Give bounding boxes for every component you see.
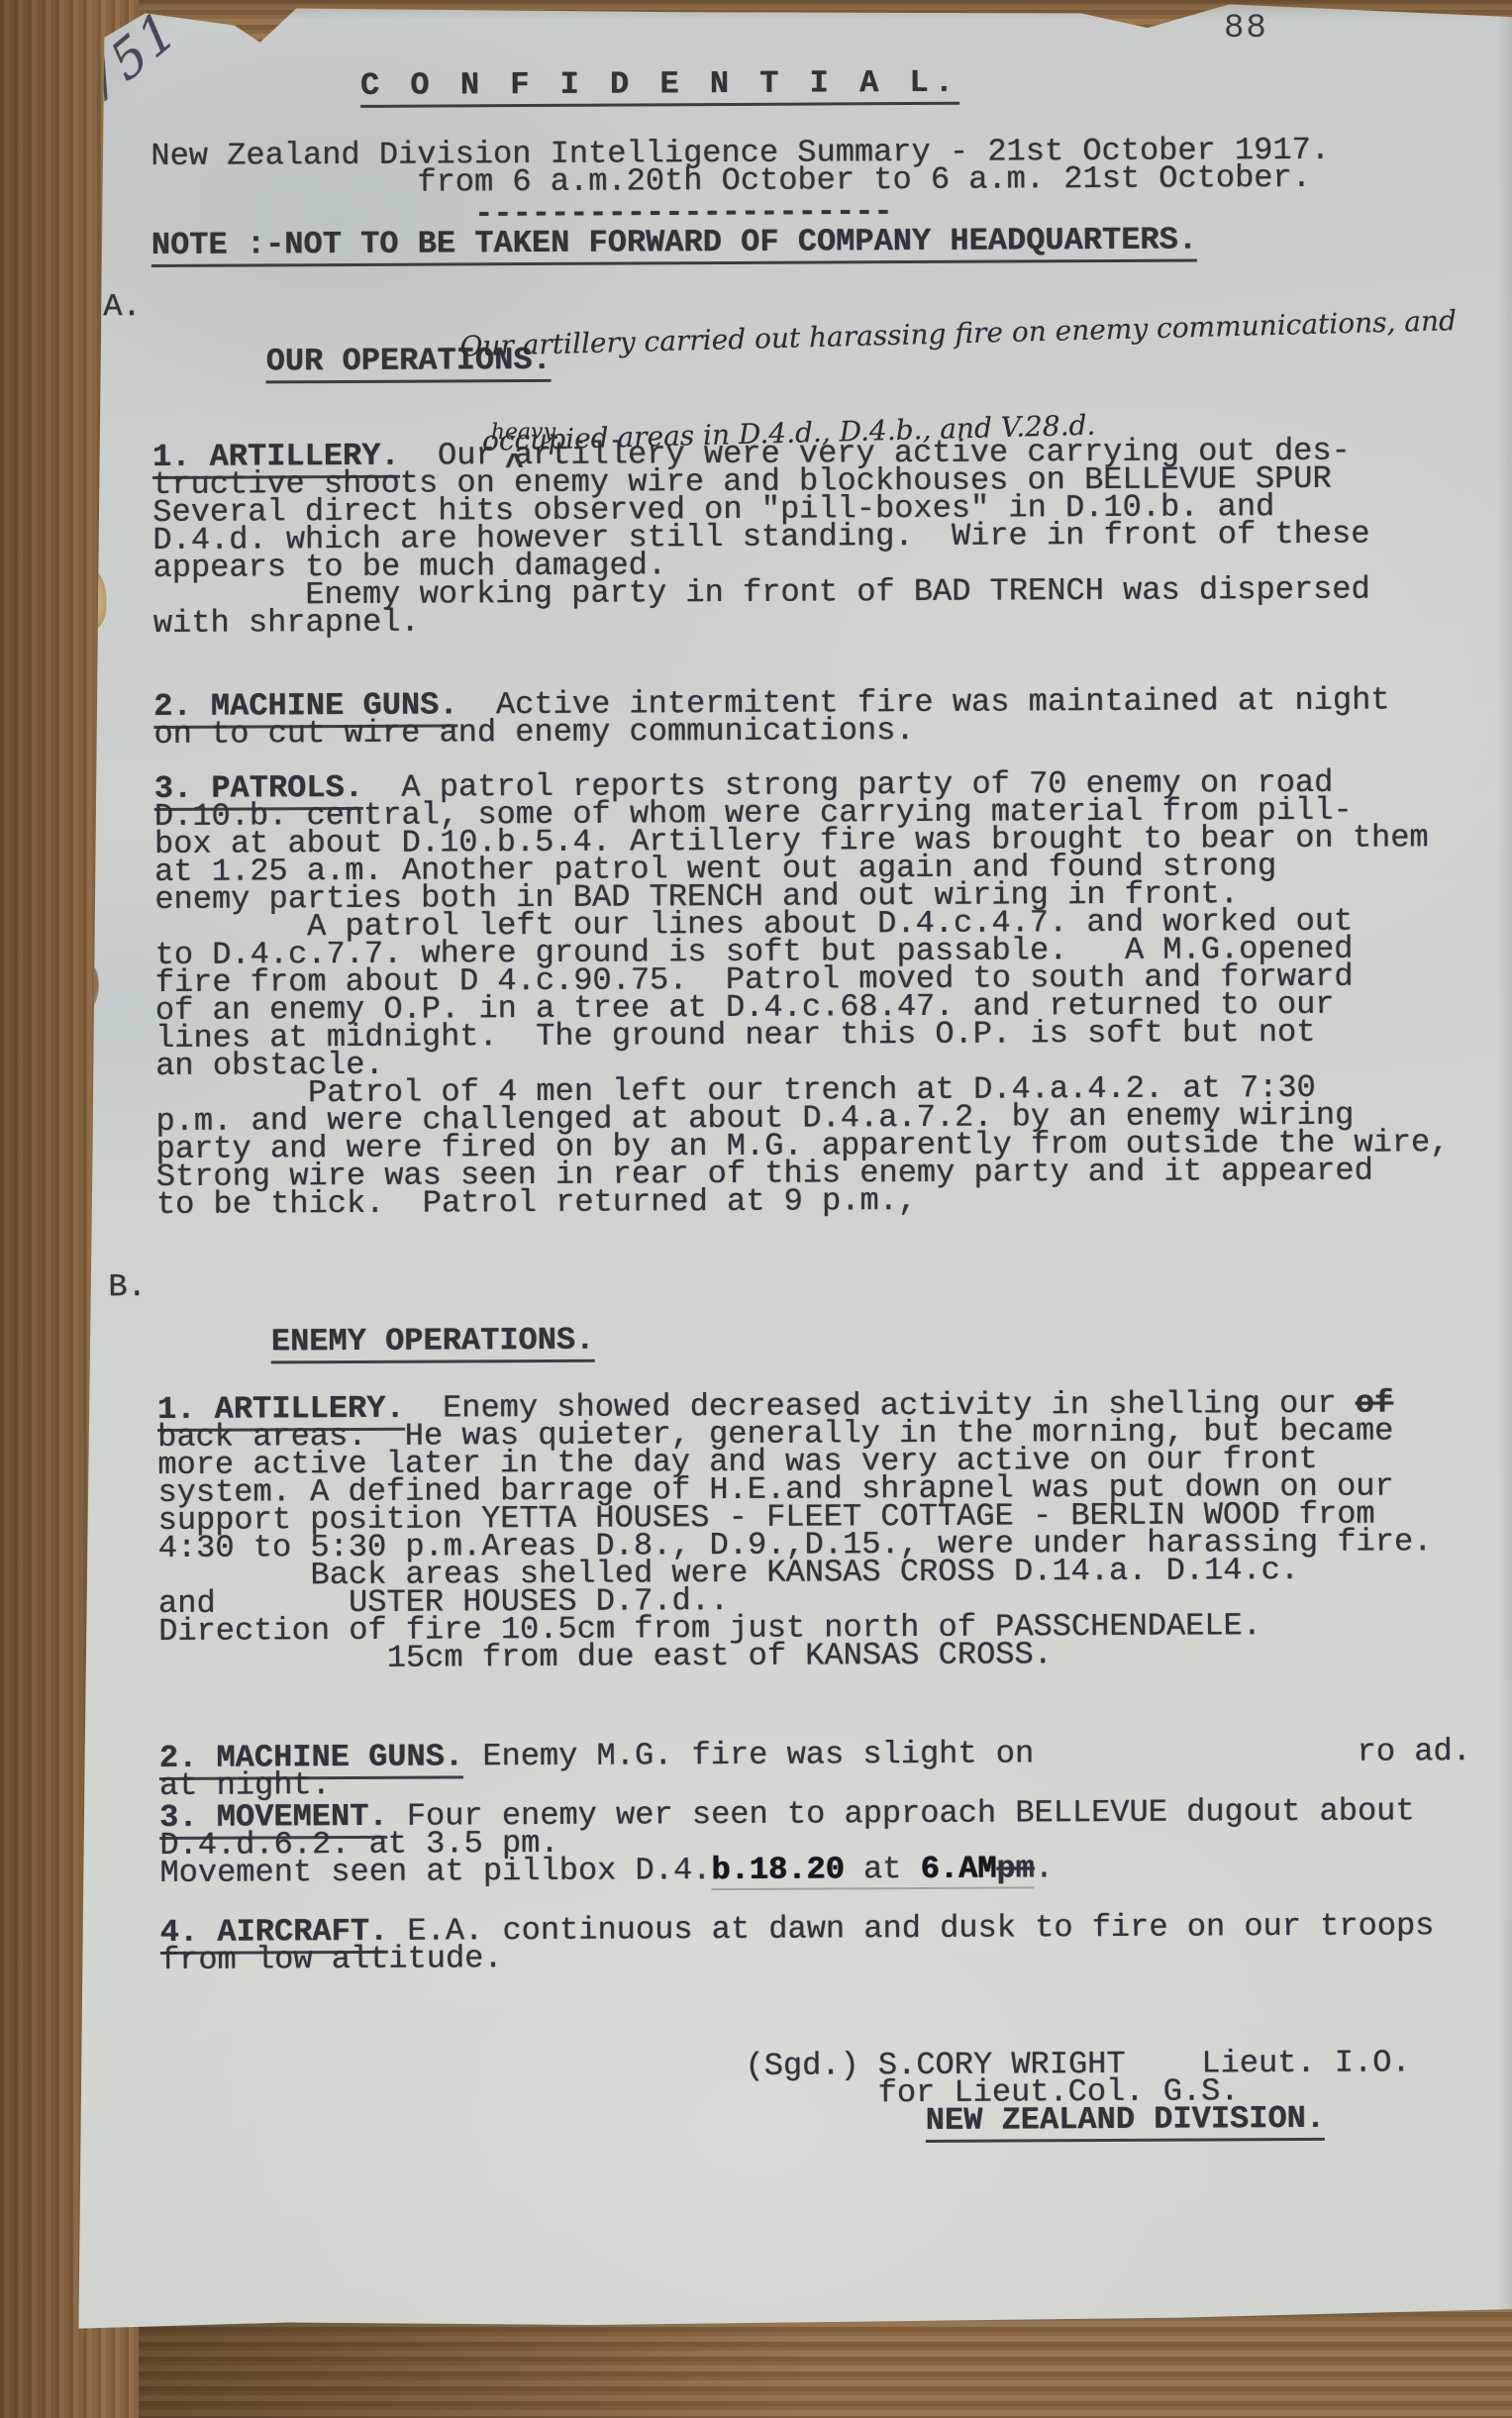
- section-b-movement: 3. MOVEMENT. Four enemy wer seen to appr…: [159, 1797, 1512, 1887]
- pillbox-corrected: b.18.20 at 6.AMpm: [711, 1850, 1035, 1890]
- a2-body: on to cut wire and enemy communications.: [153, 714, 1512, 749]
- overwritten-map-ref: b.18.20: [711, 1851, 845, 1888]
- annotation-line: occupied areas in D.4.d., D.4.b., and V.…: [462, 396, 1512, 457]
- signature-block: (Sgd.) S.CORY WRIGHT Lieut. I.O. for Lie…: [745, 2049, 1512, 2136]
- section-b-label: B.: [108, 1273, 147, 1301]
- b2-first-text: Enemy M.G. fire was slight on ro ad.: [463, 1733, 1471, 1774]
- overwritten-time: 6.AM: [920, 1851, 996, 1887]
- handwritten-insert-heavy: heavy.: [491, 419, 559, 447]
- document-page: 751 88 C O N F I D E N T I A L. New Zeal…: [0, 0, 1512, 2418]
- caret-mark: ^: [505, 453, 524, 481]
- typed-line: on to cut wire and enemy communications.: [153, 714, 1512, 749]
- typed-text-column: C O N F I D E N T I A L. New Zealand Div…: [0, 0, 1512, 2140]
- section-b-artillery: 1. ARTILLERY. Enemy showed decreased act…: [157, 1389, 1512, 1673]
- handwritten-annotation: Our artillery carried out harassing fire…: [457, 238, 1512, 521]
- division-name: NEW ZEALAND DIVISION.: [926, 2100, 1325, 2143]
- pillbox-line: Movement seen at pillbox D.4.b.18.20 at …: [159, 1853, 1512, 1887]
- annotation-line: Our artillery carried out harassing fire…: [459, 301, 1512, 362]
- typed-line: 15cm from due east of KANSAS CROSS.: [158, 1639, 1512, 1673]
- a3-body: D.10.b. central, some of whom were carry…: [154, 796, 1512, 1219]
- page-number: 88: [1224, 10, 1268, 48]
- struck-pm: pm: [996, 1850, 1035, 1886]
- section-a-patrols: 3. PATROLS. A patrol reports strong part…: [154, 768, 1512, 1219]
- classification-line: C O N F I D E N T I A L.: [360, 66, 1512, 100]
- section-a-machine-guns: 2. MACHINE GUNS. Active intermitent fire…: [153, 686, 1512, 749]
- paragraph-first-line: 2. MACHINE GUNS. Enemy M.G. fire was sli…: [159, 1738, 1512, 1772]
- signature-line3: NEW ZEALAND DIVISION.: [746, 2104, 1512, 2136]
- pillbox-pre: Movement seen at pillbox D.4.: [159, 1852, 711, 1891]
- pillbox-end: .: [1035, 1850, 1054, 1886]
- section-a-label: A.: [103, 293, 142, 321]
- section-a-header: A. OUR OPERATIONS. Our artillery carried…: [151, 286, 1512, 432]
- section-b-machine-guns: 2. MACHINE GUNS. Enemy M.G. fire was sli…: [159, 1738, 1512, 1800]
- pillbox-mid: at: [845, 1851, 921, 1887]
- b4-first-text: E.A. continuous at dawn and dusk to fire…: [388, 1907, 1434, 1950]
- section-b-heading: ENEMY OPERATIONS.: [271, 1322, 595, 1364]
- section-b-aircraft: 4. AIRCRAFT. E.A. continuous at dawn and…: [160, 1912, 1512, 1974]
- b1-body: back areas. He was quieter, generally in…: [157, 1417, 1512, 1673]
- typed-line: to be thick. Patrol returned at 9 p.m.,: [156, 1184, 1512, 1219]
- section-b-header: B. ENEMY OPERATIONS.: [156, 1266, 1512, 1384]
- classification-text: C O N F I D E N T I A L.: [360, 64, 959, 108]
